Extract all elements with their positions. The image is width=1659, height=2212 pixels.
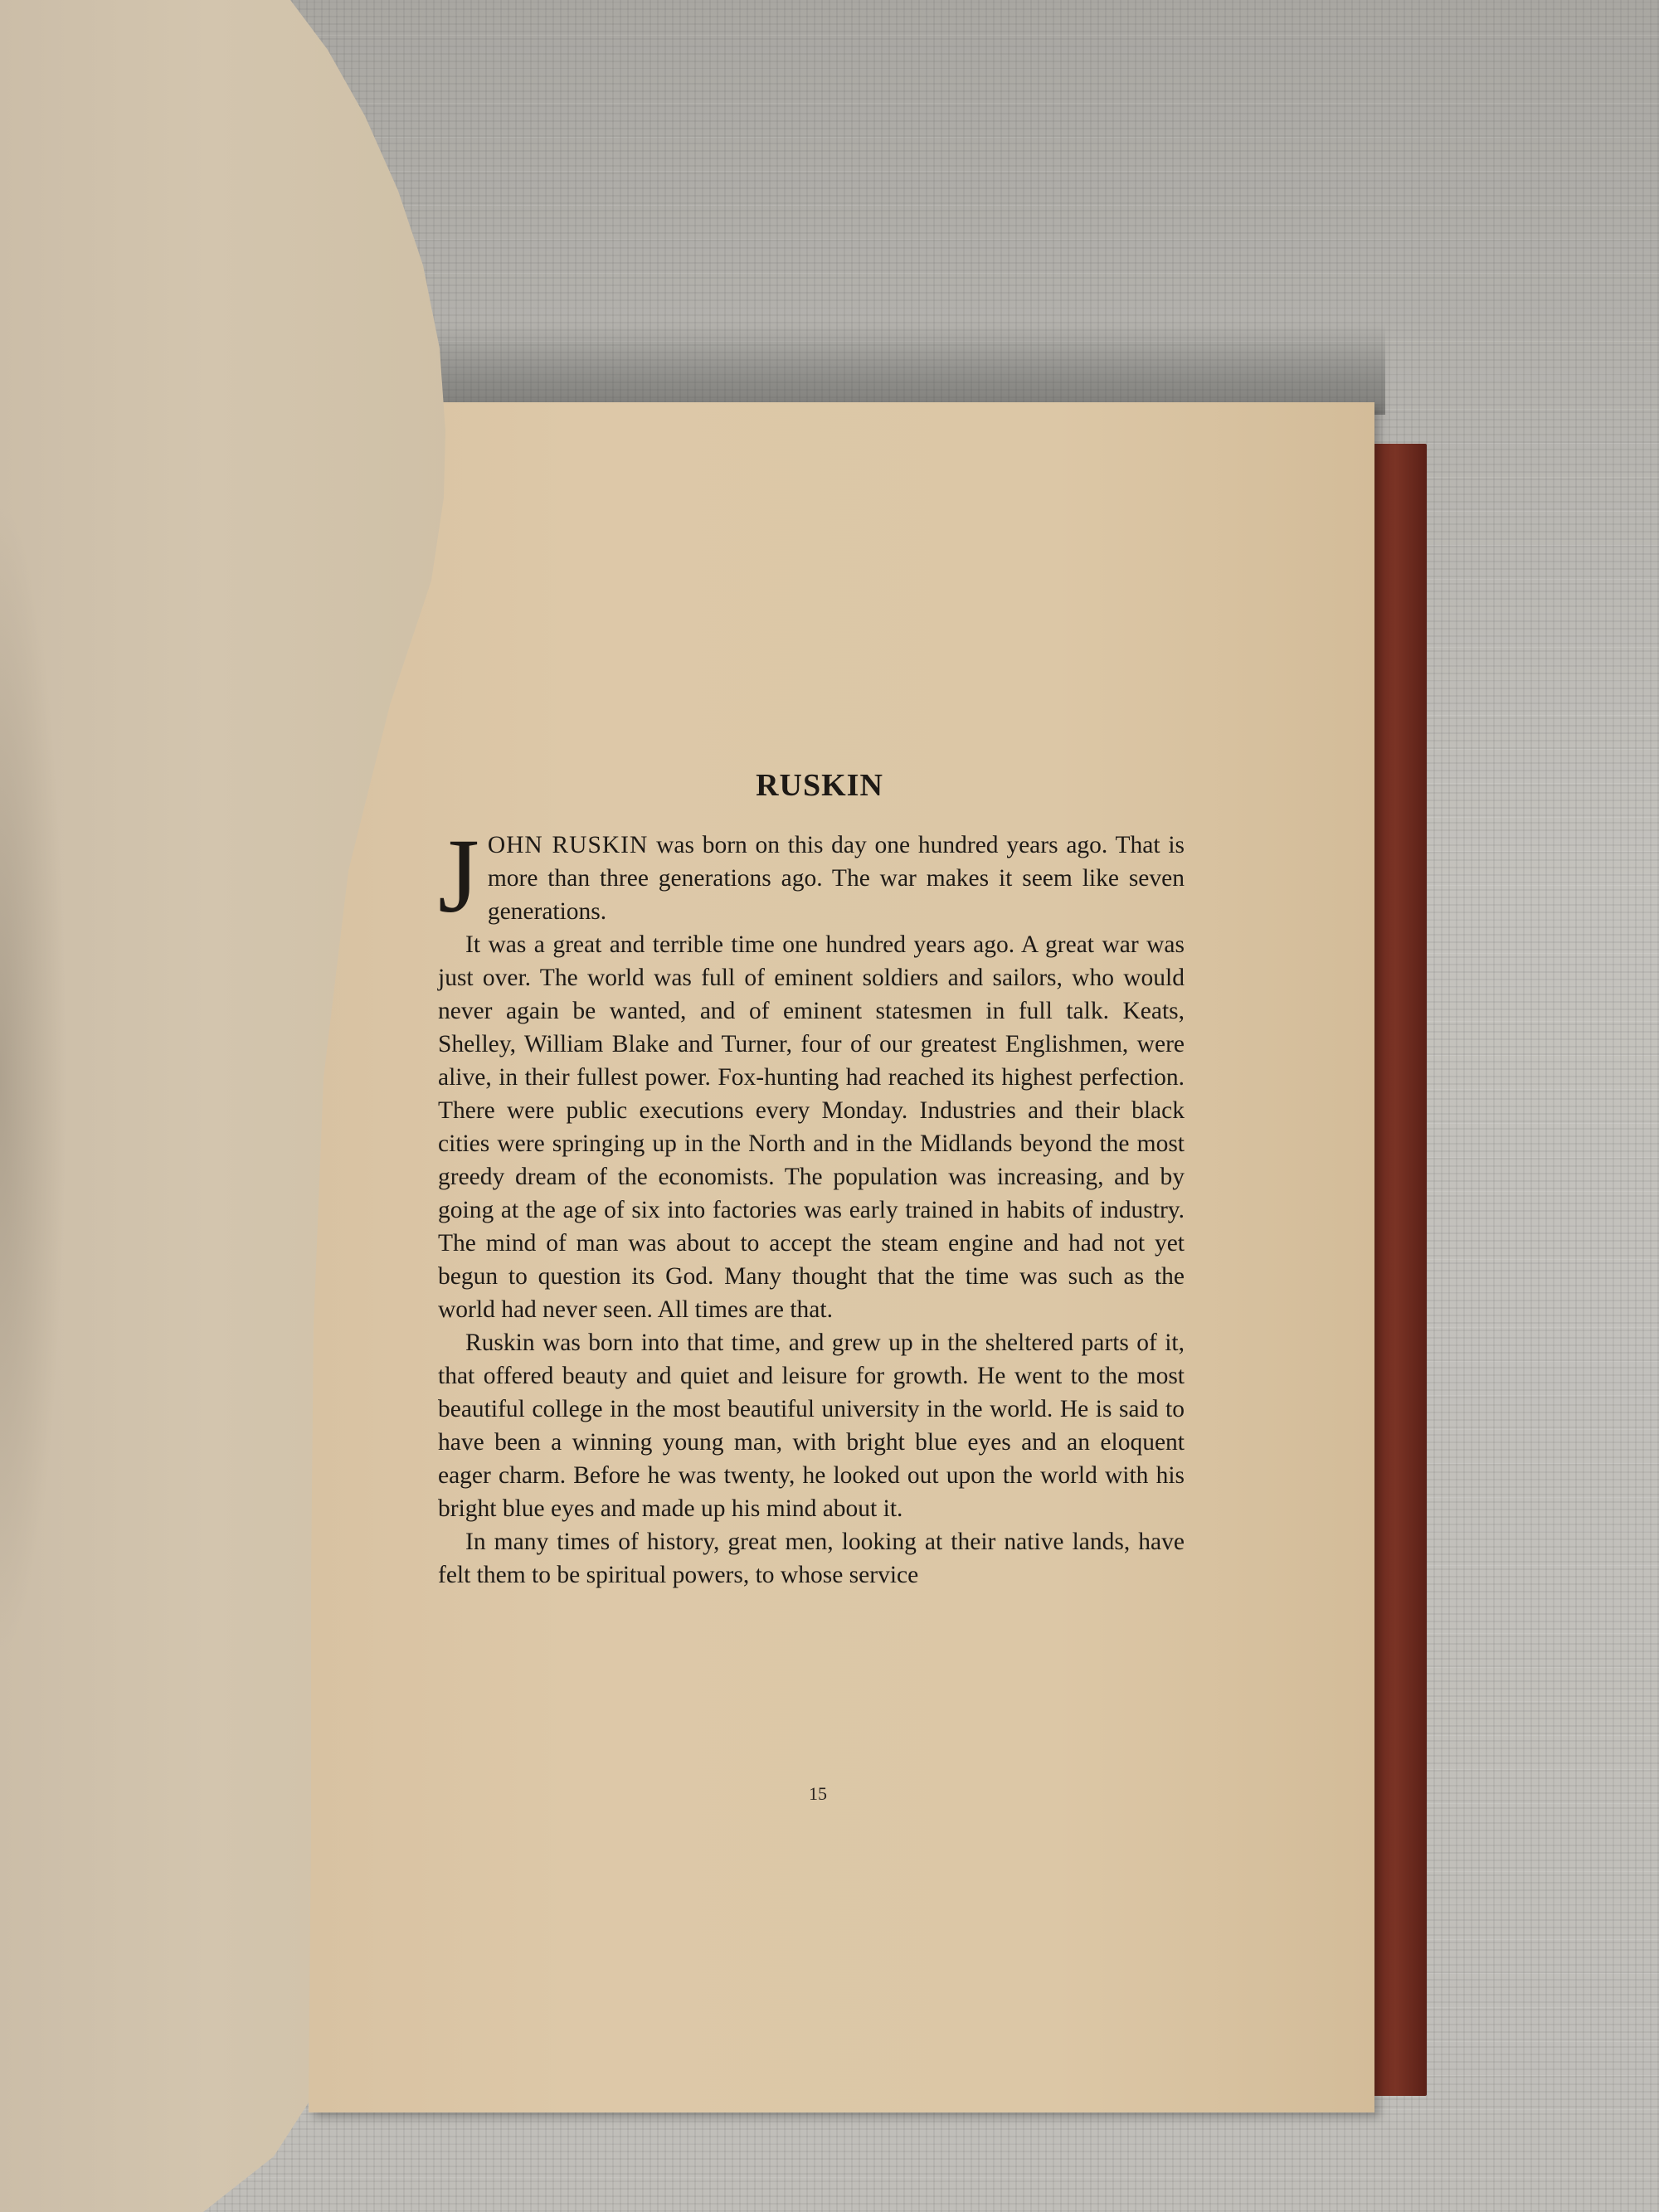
- chapter-title: RUSKIN: [438, 767, 1185, 804]
- paragraph-4: In many times of history, great men, loo…: [438, 1525, 1185, 1592]
- book-cover-edge: [1370, 444, 1427, 2096]
- paragraph-2: It was a great and terrible time one hun…: [438, 928, 1185, 1326]
- opening-paragraph: JOHN RUSKIN was born on this day one hun…: [438, 829, 1185, 928]
- paragraph-3: Ruskin was born into that time, and grew…: [438, 1326, 1185, 1525]
- opening-caps: OHN RUSKIN: [488, 832, 649, 858]
- page-text: RUSKIN JOHN RUSKIN was born on this day …: [438, 767, 1185, 1592]
- left-page-shading: [0, 498, 66, 1659]
- page-number: 15: [809, 1783, 827, 1805]
- page-shadow: [431, 323, 1385, 415]
- drop-cap: J: [438, 830, 479, 923]
